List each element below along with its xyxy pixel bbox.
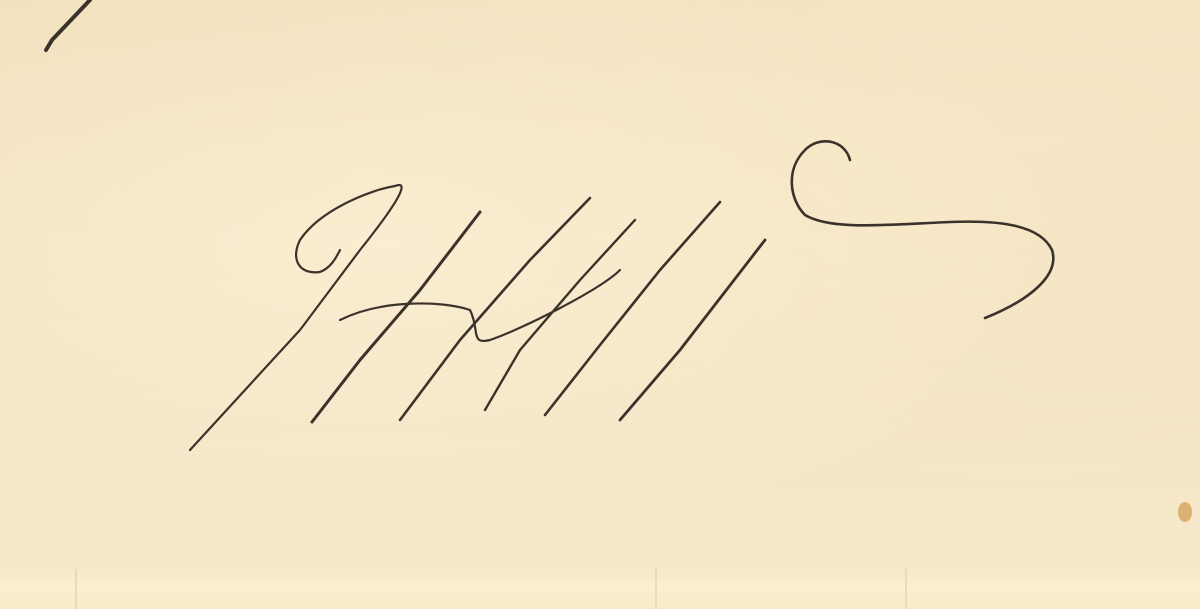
paper-stain (1178, 502, 1192, 522)
paper-crease (655, 569, 657, 609)
paper-crease (75, 569, 77, 609)
paper-crease (905, 569, 907, 609)
paper-bottom-edge (0, 569, 1200, 609)
signature (0, 0, 1200, 609)
aged-paper (0, 0, 1200, 609)
